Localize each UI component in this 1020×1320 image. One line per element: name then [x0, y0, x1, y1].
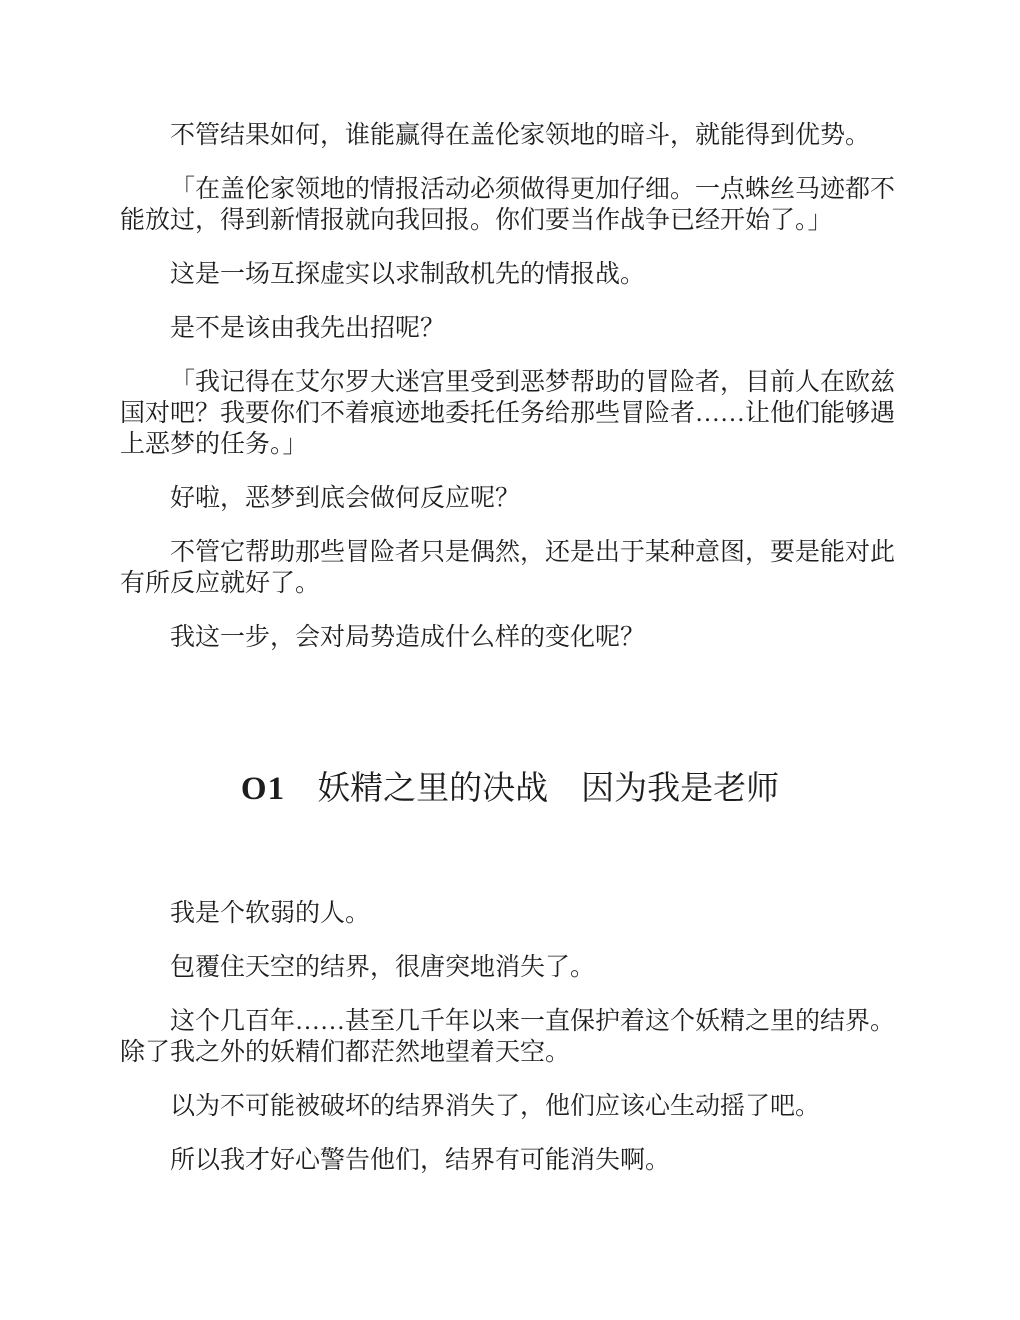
paragraph: 好啦，恶梦到底会做何反应呢？: [120, 483, 900, 514]
paragraph: 是不是该由我先出招呢？: [120, 313, 900, 344]
paragraph: 我这一步，会对局势造成什么样的变化呢？: [120, 622, 900, 653]
paragraph: 不管它帮助那些冒险者只是偶然，还是出于某种意图，要是能对此有所反应就好了。: [120, 537, 900, 599]
text-block: 不管结果如何，谁能赢得在盖伦家领地的暗斗，就能得到优势。 「在盖伦家领地的情报活…: [120, 120, 900, 1176]
chapter-title: 妖精之里的决战 因为我是老师: [317, 771, 779, 807]
paragraph: 这个几百年……甚至几千年以来一直保护着这个妖精之里的结界。除了我之外的妖精们都茫…: [120, 1006, 900, 1068]
paragraph: 不管结果如何，谁能赢得在盖伦家领地的暗斗，就能得到优势。: [120, 120, 900, 151]
paragraph: 所以我才好心警告他们，结界有可能消失啊。: [120, 1145, 900, 1176]
paragraph: 我是个软弱的人。: [120, 898, 900, 929]
paragraph: 以为不可能被破坏的结界消失了，他们应该心生动摇了吧。: [120, 1091, 900, 1122]
paragraph: 「在盖伦家领地的情报活动必须做得更加仔细。一点蛛丝马迹都不能放过，得到新情报就向…: [120, 174, 900, 236]
paragraph: 包覆住天空的结界，很唐突地消失了。: [120, 952, 900, 983]
paragraph: 这是一场互探虚实以求制敌机先的情报战。: [120, 259, 900, 290]
chapter-heading: O1妖精之里的决战 因为我是老师: [120, 769, 900, 809]
ebook-page: 不管结果如何，谁能赢得在盖伦家领地的暗斗，就能得到优势。 「在盖伦家领地的情报活…: [0, 0, 1020, 1320]
chapter-number: O1: [241, 771, 285, 807]
paragraph: 「我记得在艾尔罗大迷宫里受到恶梦帮助的冒险者，目前人在欧兹国对吧？我要你们不着痕…: [120, 367, 900, 460]
